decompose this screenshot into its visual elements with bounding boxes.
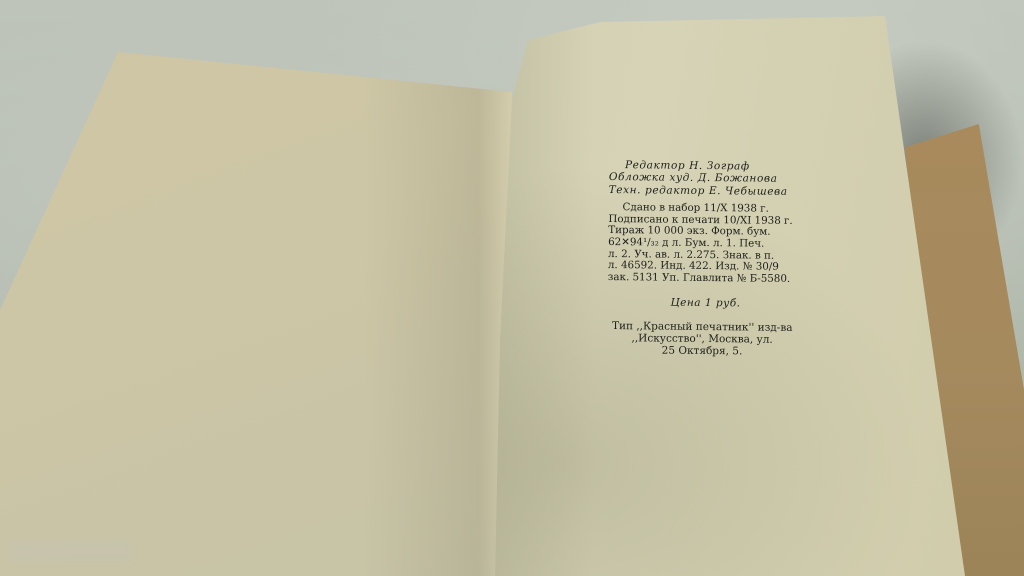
printer-block: Тип ,,Красный печатник'' изд-ва ,,Искусс… [607, 320, 797, 358]
blurred-watermark [8, 540, 133, 562]
tech-editor-credit: Техн. редактор Е. Чебышева [609, 184, 799, 198]
credits-block: Редактор Н. Зограф Обложка худ. Д. Божан… [609, 159, 799, 198]
printer-line: 25 Октября, 5. [607, 344, 797, 358]
print-detail-line: зак. 5131 Уп. Главлита № Б-5580. [608, 272, 798, 286]
printer-line: ,,Искусство'', Москва, ул. [607, 332, 797, 346]
colophon-text: Редактор Н. Зограф Обложка худ. Д. Божан… [607, 159, 799, 358]
price-label: Цена 1 руб. [613, 296, 797, 310]
print-details-block: Сдано в набор 11/X 1938 г. Подписано к п… [608, 202, 799, 285]
